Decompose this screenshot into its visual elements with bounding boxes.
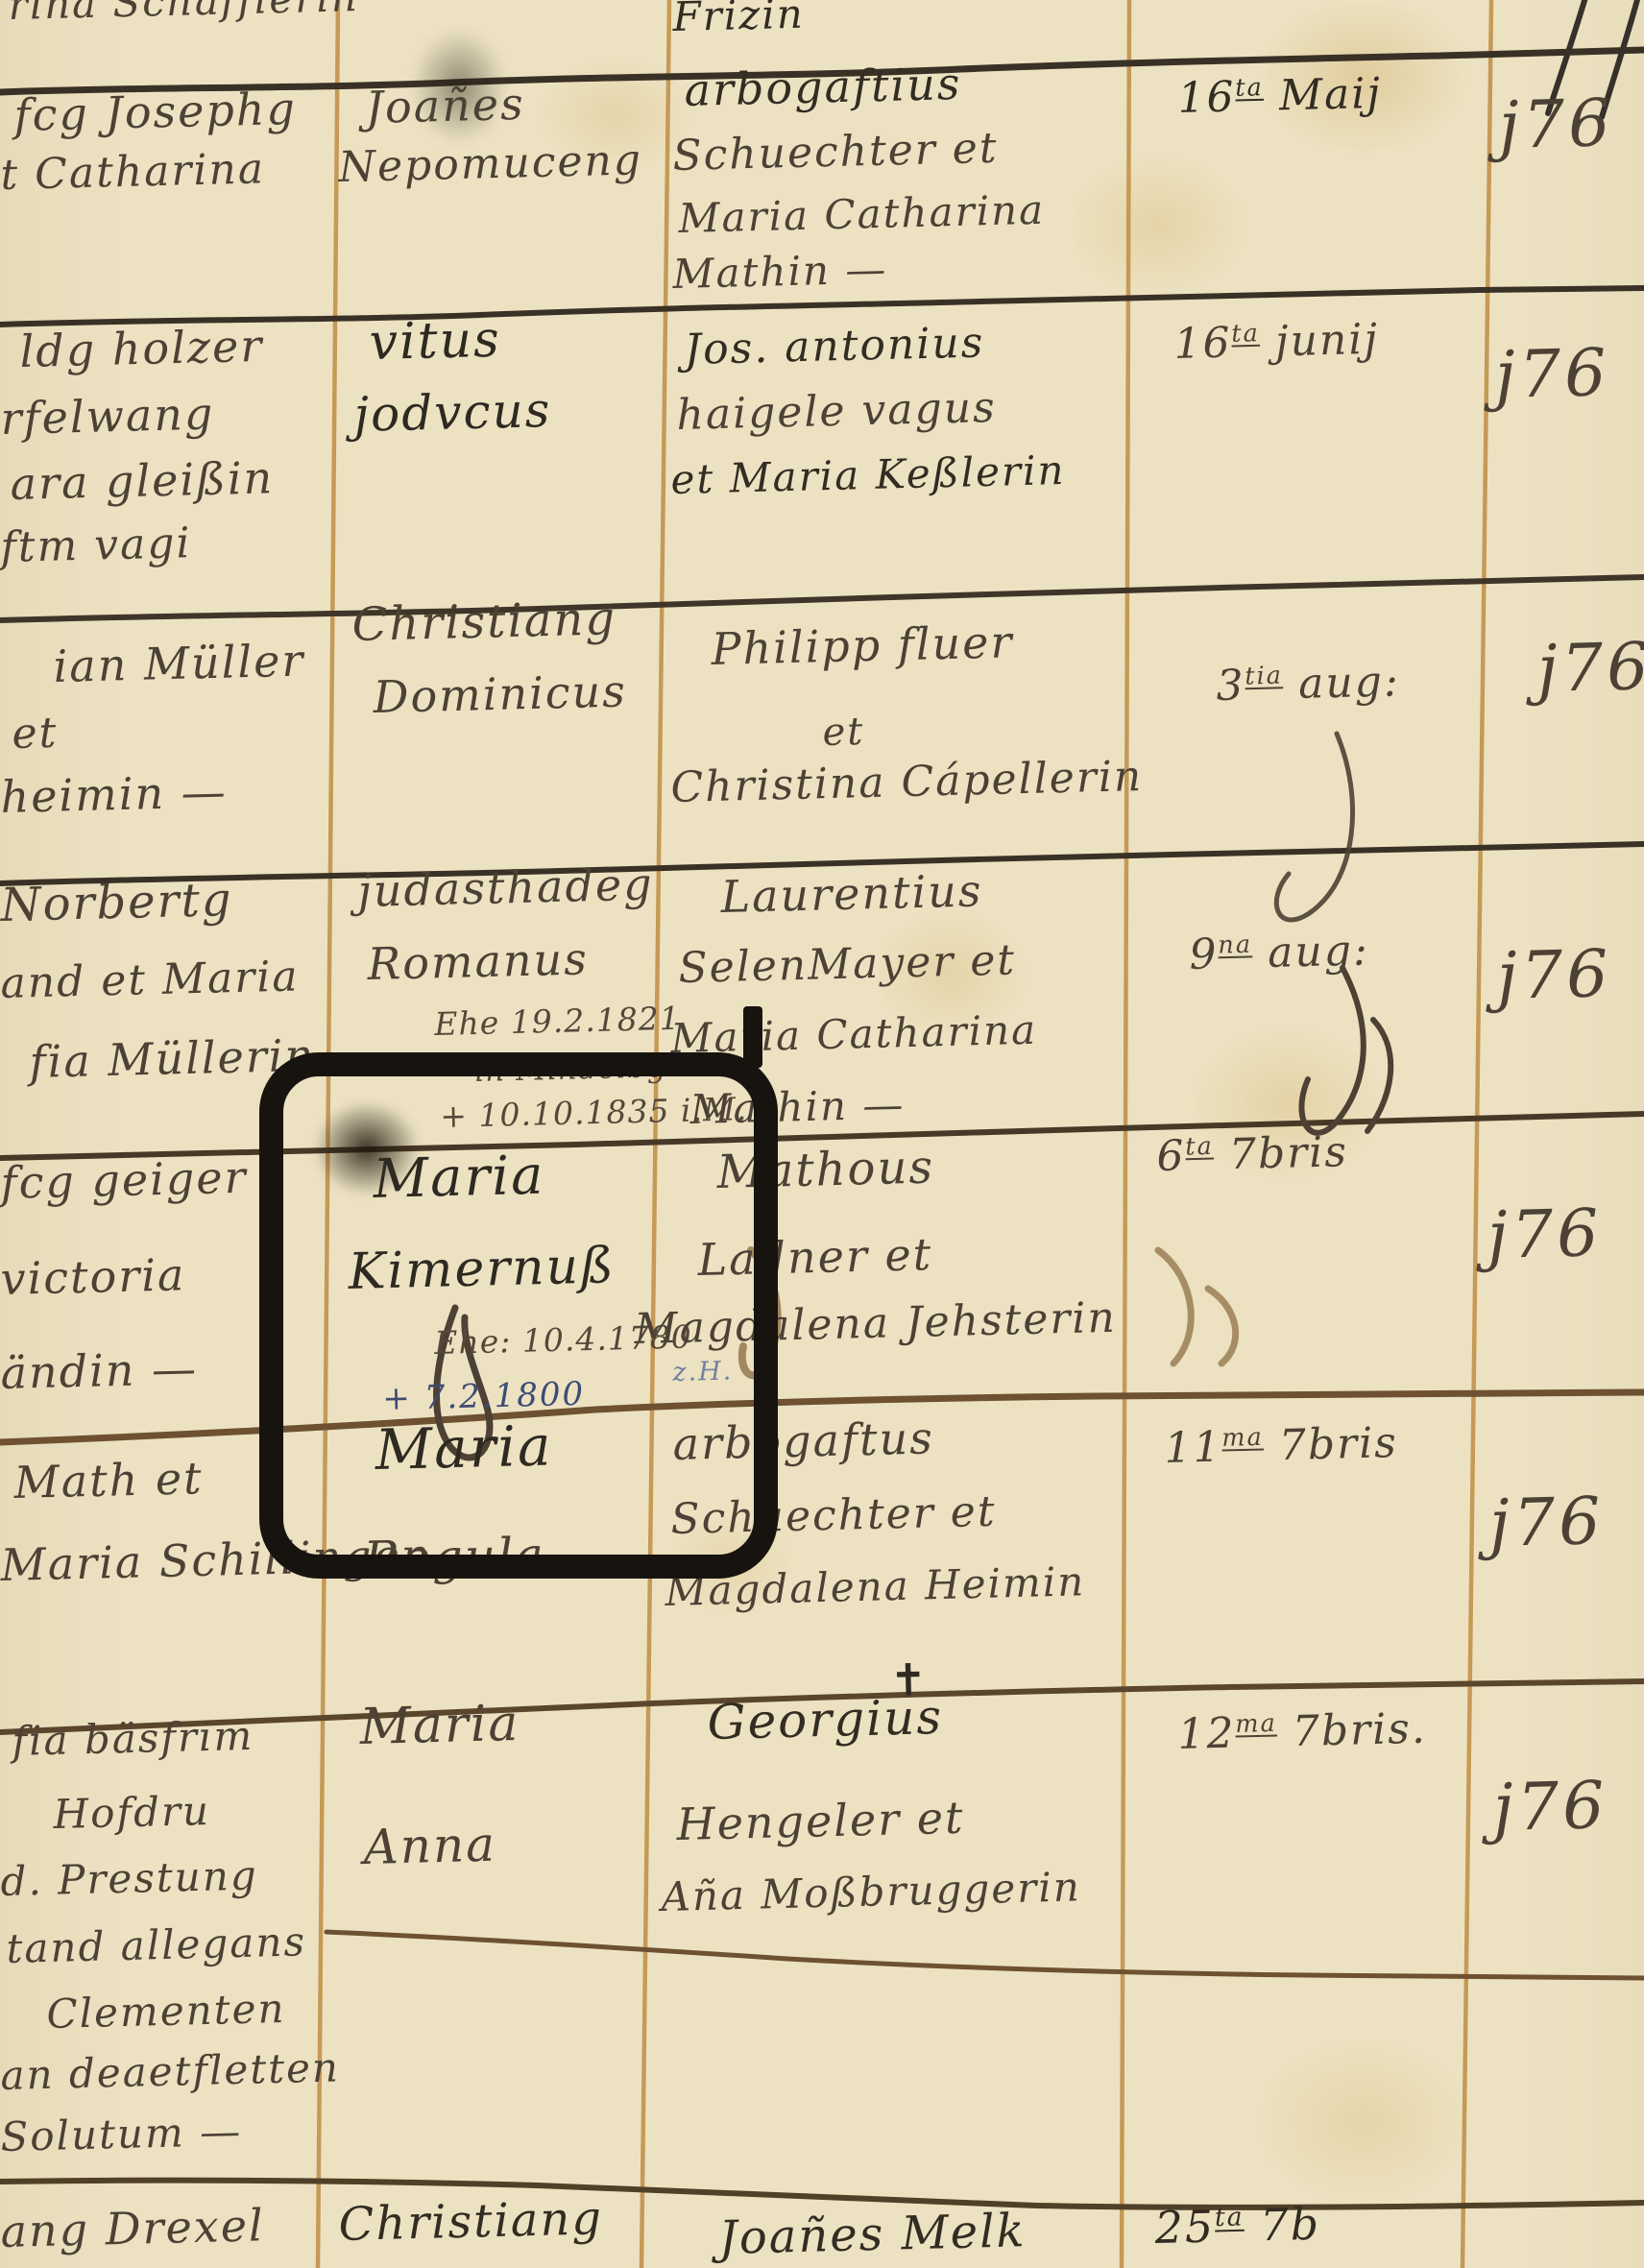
row-3-col1-line-2: et bbox=[12, 712, 59, 757]
row-7-col1-line-4: tand allegans bbox=[6, 1920, 306, 1970]
row-7-year: j76 bbox=[1492, 1772, 1608, 1843]
date-ordinal: ta bbox=[1185, 1132, 1214, 1162]
date-ordinal: ma bbox=[1221, 1423, 1264, 1453]
row-rule-7 bbox=[326, 1932, 1644, 1978]
row-3-col2-line-2: Dominicus bbox=[373, 668, 627, 721]
date-ordinal: na bbox=[1218, 930, 1252, 960]
row-7-col3-line-3: Aña Moßbruggerin bbox=[661, 1866, 1081, 1918]
row-2-col3-line-2: haigele vagus bbox=[676, 386, 997, 438]
row-2-col3-line-3: et Maria Keßlerin bbox=[670, 449, 1066, 501]
row-1-col1-line-1: fcg Josephg bbox=[13, 85, 297, 138]
date-ordinal: ma bbox=[1235, 1709, 1277, 1739]
column-rule-4 bbox=[1463, 0, 1491, 2268]
date-ordinal: ta bbox=[1235, 73, 1264, 103]
highlight-box bbox=[259, 1052, 778, 1579]
row-7-col3-line-2: Hengeler et bbox=[676, 1795, 965, 1848]
date-day: 9 bbox=[1189, 929, 1219, 979]
date-month: junij bbox=[1259, 315, 1379, 367]
row-1-date: 16ta Maij bbox=[1177, 72, 1383, 121]
row-5-col1-line-2: victoria bbox=[0, 1251, 186, 1302]
row-1-col3-line-2: Schuechter et bbox=[672, 127, 999, 179]
date-day: 16 bbox=[1173, 319, 1232, 369]
date-day: 16 bbox=[1177, 73, 1236, 123]
row-2-col3-line-1: Jos. antonius bbox=[684, 321, 985, 373]
row-7-col2-line-1: Maria bbox=[359, 1698, 520, 1754]
row-8-col1-line-1: ang Drexel bbox=[0, 2202, 265, 2255]
row-7-col1-line-3: d. Prestung bbox=[0, 1854, 258, 1903]
row-7-col3-line-1: Georgius bbox=[707, 1692, 944, 1748]
row-4-col1-line-2: and et Maria bbox=[0, 954, 300, 1006]
date-month: 7bris bbox=[1263, 1418, 1398, 1470]
row-7-date: 12ma 7bris. bbox=[1177, 1707, 1427, 1758]
register-page: rina Schafflerin Frizin fcg Josephg t Ca… bbox=[0, 0, 1644, 2268]
row-2-col2-line-2: jodvcus bbox=[353, 385, 552, 441]
row-4-col2-line-1: judasthadeg bbox=[357, 860, 654, 914]
date-day: 25 bbox=[1154, 2200, 1216, 2254]
date-ordinal: ta bbox=[1231, 319, 1260, 349]
row-2-col1-line-3: ara gleißin bbox=[10, 454, 275, 507]
row-7-col1-line-7: Solutum — bbox=[0, 2111, 243, 2159]
row-4-annotation-1: Ehe 19.2.1821 bbox=[434, 1002, 681, 1042]
row-5-year: j76 bbox=[1487, 1199, 1603, 1270]
row-6-date: 11ma 7bris bbox=[1164, 1421, 1398, 1471]
date-month: aug: bbox=[1283, 657, 1401, 709]
row-2-col1-line-1: ldg holzer bbox=[19, 323, 264, 374]
row-1-col2-line-1: Joañes bbox=[365, 81, 525, 131]
row-2-date: 16ta junij bbox=[1173, 318, 1380, 367]
row-5-col1-line-3: ändin — bbox=[0, 1345, 199, 1396]
date-month: Maij bbox=[1263, 69, 1382, 121]
row-3-col3-line-2: et bbox=[822, 712, 865, 753]
date-day: 12 bbox=[1177, 1709, 1236, 1759]
row-4-col3-line-1: Laurentius bbox=[720, 867, 983, 920]
row-7-col1-line-1: fia bäsfrim bbox=[12, 1715, 254, 1763]
ink-flourish-aug-row4 bbox=[1301, 968, 1390, 1133]
row-7-col1-line-2: Hofdru bbox=[53, 1790, 211, 1836]
date-month: 7bris. bbox=[1276, 1704, 1427, 1757]
row-1-col1-line-2: t Catharina bbox=[0, 147, 266, 198]
row-2-year: j76 bbox=[1494, 339, 1610, 410]
row-6-col1-line-1: Math et bbox=[13, 1455, 204, 1506]
ink-flourish-pale-overlap bbox=[1158, 1250, 1236, 1363]
row-5-date: 6ta 7bris bbox=[1156, 1130, 1348, 1179]
row-8-col2-line-1: Christiang bbox=[338, 2194, 604, 2249]
row-7-col1-line-5: Clementen bbox=[46, 1988, 286, 2036]
row-8-col3-line-1: Joañes Melk bbox=[718, 2207, 1027, 2262]
date-day: 3 bbox=[1216, 661, 1245, 711]
row-7-col2-line-2: Anna bbox=[363, 1820, 497, 1873]
row-8-date: 25ta 7b bbox=[1154, 2201, 1321, 2251]
row-6-year: j76 bbox=[1488, 1487, 1605, 1558]
row-2-col1-line-4: ftm vagi bbox=[0, 521, 192, 570]
row-3-col1-line-1: ian Müller bbox=[53, 638, 305, 690]
row-1-col3-line-1: arbogaftius bbox=[684, 60, 962, 113]
date-day: 11 bbox=[1164, 1423, 1222, 1473]
row-4-col2-line-2: Romanus bbox=[367, 935, 589, 987]
highlight-box-corner-stub bbox=[743, 1006, 762, 1068]
row-3-col2-line-1: Christiang bbox=[351, 594, 617, 649]
date-month: 7b bbox=[1244, 2198, 1321, 2252]
ink-flourish-aug-row3 bbox=[1276, 734, 1352, 920]
row-1-year: j76 bbox=[1498, 89, 1614, 160]
row-2-col2-line-1: vitus bbox=[369, 314, 501, 370]
row-7-col1-line-6: an deaetfletten bbox=[0, 2046, 340, 2097]
row-1-col2-line-2: Nepomuceng bbox=[338, 138, 642, 190]
row-4-year: j76 bbox=[1496, 940, 1612, 1011]
row-4-date: 9na aug: bbox=[1189, 929, 1369, 977]
row-4-col3-line-2: SelenMayer et bbox=[678, 938, 1017, 991]
date-ordinal: tia bbox=[1245, 662, 1283, 691]
row-5-col1-line-1: fcg geiger bbox=[0, 1154, 248, 1207]
row-rule-2 bbox=[0, 577, 1644, 620]
row-3-col3-line-3: Christina Cápellerin bbox=[670, 755, 1144, 810]
row-2-col1-line-2: rfelwang bbox=[0, 391, 215, 443]
row-3-col3-line-1: Philipp fluer bbox=[711, 618, 1014, 672]
top-fragment-col3: Frizin bbox=[672, 0, 805, 38]
date-month: aug: bbox=[1252, 926, 1370, 977]
row-1-col3-line-3: Maria Catharina bbox=[678, 189, 1046, 240]
date-ordinal: ta bbox=[1215, 2202, 1245, 2232]
date-day: 6 bbox=[1156, 1131, 1186, 1181]
row-4-col1-line-1: Norbertg bbox=[0, 876, 233, 929]
row-1-col3-line-4: Mathin — bbox=[672, 249, 888, 297]
row-3-year: j76 bbox=[1536, 633, 1644, 704]
row-3-date: 3tia aug: bbox=[1216, 660, 1400, 709]
row-3-col1-line-3: heimin — bbox=[0, 768, 228, 820]
date-month: 7bris bbox=[1213, 1127, 1348, 1179]
column-rule-3 bbox=[1122, 0, 1129, 2268]
